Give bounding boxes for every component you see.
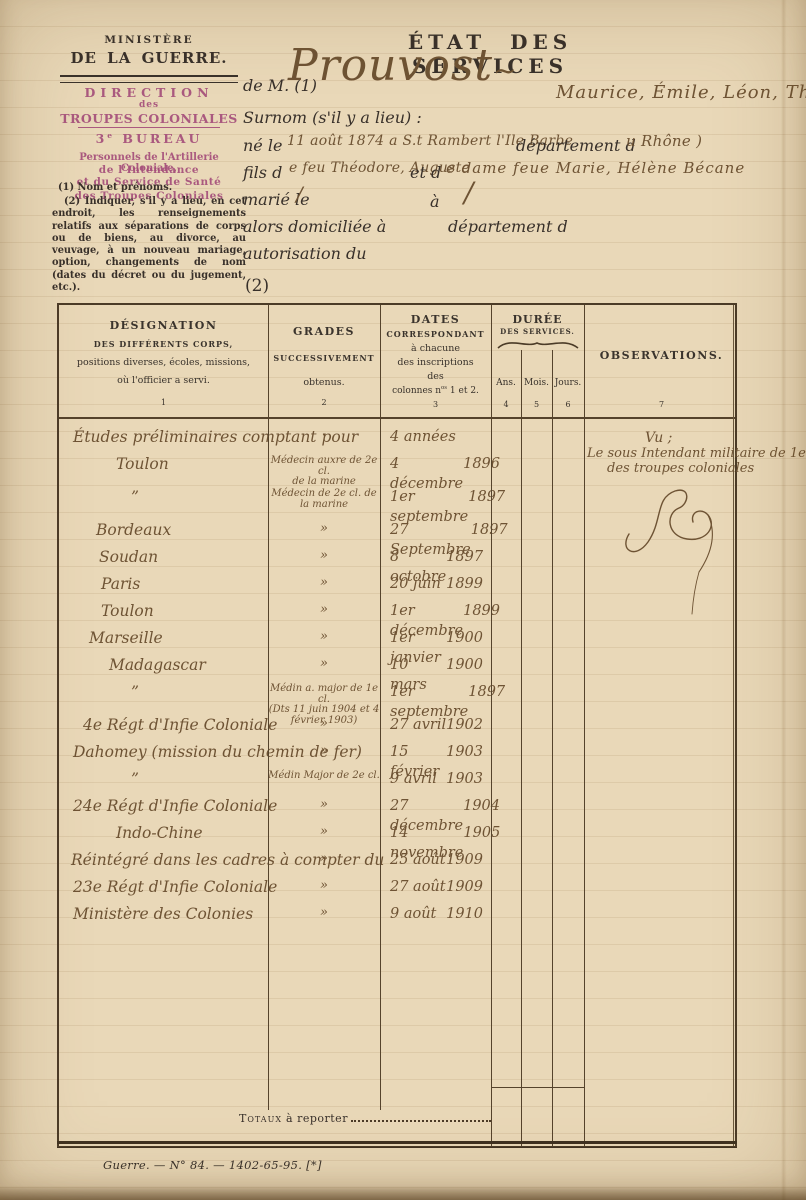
grade-line: » <box>268 906 380 920</box>
date-main: 25 août <box>390 850 446 870</box>
footnote-1: (1) Nom et prénoms. <box>58 182 172 193</box>
designation-cell: Toulon <box>59 601 268 621</box>
col2-title: GRADES <box>268 325 380 338</box>
date-year: 1903 <box>446 769 483 789</box>
table-row: Dahomey (mission du chemin de fer)»15 fé… <box>59 742 735 769</box>
col3-sub5a: colonnes n <box>392 386 441 396</box>
designation-cell: Bordeaux <box>59 520 268 540</box>
designation-cell: Ministère des Colonies <box>59 904 268 924</box>
grade-line: » <box>268 798 380 812</box>
col3-sub4: des <box>380 371 491 382</box>
designation-cell: 23e Régt d'Infie Coloniale <box>59 877 268 897</box>
designation-cell: ” <box>59 487 268 507</box>
stamp-intendance: de l'Intendance <box>50 164 248 176</box>
grade-line: » <box>268 549 380 563</box>
date-main: 20 juin <box>390 574 441 594</box>
grade-line: Médin a. major de 1e cl. <box>268 684 380 705</box>
designation-cell: Madagascar <box>59 655 268 675</box>
designation-cell: ” <box>59 682 268 702</box>
surname-flourish: ~ <box>493 54 517 87</box>
col1-sub1: DES DIFFÉRENTS CORPS, <box>59 339 268 349</box>
grade-line: Médin Major de 2e cl. <box>268 771 380 782</box>
designation-cell: Paris <box>59 574 268 594</box>
father-handwritten: e feu Théodore, Auguste <box>289 160 470 176</box>
double-rule <box>60 75 238 83</box>
col1-number: 1 <box>59 398 268 407</box>
note2-mark: (2) <box>245 276 269 296</box>
grade-line: Médecin de 2e cl. de <box>268 489 380 500</box>
designation-cell: 24e Régt d'Infie Coloniale <box>59 796 268 816</box>
table-row: ”Médin a. major de 1e cl.(Dts 11 juin 19… <box>59 682 735 715</box>
duree-mois-number: 5 <box>521 400 552 409</box>
col3-sub1: CORRESPONDANT <box>380 329 491 339</box>
date-main: 27 avril <box>390 715 446 735</box>
date-year: 1910 <box>446 904 483 924</box>
date-main: 9 août <box>390 904 436 924</box>
col2-number: 2 <box>268 398 380 407</box>
date-cell: 20 juin1899 <box>380 574 491 594</box>
duree-ans-label: Ans. <box>491 378 521 388</box>
totals-label-rest: à reporter <box>282 1112 348 1125</box>
grade-cell: » <box>268 877 380 893</box>
grade-cell: » <box>268 520 380 536</box>
designation-cell: Indo-Chine <box>59 823 268 843</box>
grade-line: la marine <box>268 500 380 511</box>
table-bottom-rule <box>57 1141 737 1148</box>
grade-line: » <box>268 603 380 617</box>
document-page: MINISTÈRE DE LA GUERRE. DIRECTION des TR… <box>0 0 806 1200</box>
surname-script: Prouvost <box>288 40 493 91</box>
duree-mois-label: Mois. <box>521 378 552 388</box>
obs-intendant: Le sous Intendant militaire de 1e cl. <box>587 446 806 461</box>
grade-line: » <box>268 717 380 731</box>
given-names-handwritten: Maurice, Émile, Léon, Théodore <box>556 82 806 103</box>
grade-cell: » <box>268 601 380 617</box>
date-year: 1909 <box>446 850 483 870</box>
table-row: Madagascar»10 mars1900 <box>59 655 735 682</box>
col3-sub3: des inscriptions <box>380 357 491 368</box>
grid-line-col1 <box>268 305 269 1110</box>
table-row: Marseille»1er janvier1900 <box>59 628 735 655</box>
stamp-troupes-coloniales: TROUPES COLONIALES <box>50 111 248 126</box>
table-header: DÉSIGNATION DES DIFFÉRENTS CORPS, positi… <box>59 305 735 417</box>
grade-cell: » <box>268 655 380 671</box>
stamp-des: des <box>50 100 248 110</box>
fils-de-label: fils d <box>243 163 282 182</box>
departement-label-1: département d <box>516 136 636 155</box>
ne-le-label: né le <box>243 136 282 155</box>
duree-jours-number: 6 <box>552 400 584 409</box>
grade-line: » <box>268 825 380 839</box>
designation-cell: Soudan <box>59 547 268 567</box>
date-main: 4 années <box>390 427 456 447</box>
grade-line: de la marine <box>268 477 380 488</box>
table-row: 24e Régt d'Infie Coloniale»27 décembre19… <box>59 796 735 823</box>
designation-cell: Marseille <box>59 628 268 648</box>
col1-sub2: positions diverses, écoles, missions, <box>59 357 268 368</box>
date-cell: 25 août1909 <box>380 850 491 870</box>
table-row: ”Médin Major de 2e cl.9 avril1903 <box>59 769 735 796</box>
letterhead-block: MINISTÈRE DE LA GUERRE. DIRECTION des TR… <box>50 30 248 302</box>
autorisation-label: autorisation du <box>243 244 367 263</box>
grade-cell: Médecin de 2e cl. dela marine <box>268 487 380 510</box>
grade-line: » <box>268 744 380 758</box>
grade-line: · <box>268 429 380 443</box>
col2-sub1: SUCCESSIVEMENT <box>268 353 380 363</box>
bureau-number: 3 <box>96 131 108 146</box>
birth-departement-handwritten: u Rhône ) <box>626 132 702 150</box>
col2-sub2: obtenus. <box>268 377 380 388</box>
grade-cell: » <box>268 850 380 866</box>
col3-number: 3 <box>380 400 491 409</box>
designation-cell: ” <box>59 769 268 789</box>
grade-line: » <box>268 657 380 671</box>
grade-line: » <box>268 630 380 644</box>
obs-troupes: des troupes coloniales <box>607 461 806 476</box>
surname-handwritten: Prouvost~ <box>288 44 518 93</box>
date-cell: 9 août1910 <box>380 904 491 924</box>
grade-cell: » <box>268 715 380 731</box>
grid-line-col3 <box>491 305 492 1146</box>
grade-cell: » <box>268 796 380 812</box>
grade-line: » <box>268 879 380 893</box>
table-row: 23e Régt d'Infie Coloniale»27 août1909 <box>59 877 735 904</box>
bureau-sup: e <box>107 131 115 140</box>
signature-flourish <box>615 476 765 616</box>
grid-line-ans <box>521 350 522 1146</box>
duree-sub: DES SERVICES. <box>491 327 584 336</box>
footnote-2: (2) Indiquer, s'il y a lieu, en cet endr… <box>52 196 246 294</box>
date-year: 1899 <box>446 574 483 594</box>
grid-line-col2 <box>380 305 381 1110</box>
footnote-2-text: Indiquer, s'il y a lieu, en cet endroit,… <box>52 196 246 293</box>
designation-cell: Réintégré dans les cadres à compter du <box>59 850 268 870</box>
grade-cell: » <box>268 574 380 590</box>
col3-sub2: à chacune <box>380 343 491 354</box>
services-table: DÉSIGNATION DES DIFFÉRENTS CORPS, positi… <box>57 303 737 1148</box>
obs-vu: Vu ; <box>645 430 806 446</box>
date-main: 27 août <box>390 877 446 897</box>
col3-sub5b: 1 et 2. <box>447 386 479 396</box>
col7-title: OBSERVATIONS. <box>584 349 739 362</box>
stamp-rule <box>78 127 220 128</box>
grade-line: » <box>268 576 380 590</box>
totals-sum-rule <box>491 1087 584 1088</box>
designation-cell: Études préliminaires comptant pour <box>59 427 268 447</box>
observations-annotation: Vu ; Le sous Intendant militaire de 1e c… <box>587 430 806 620</box>
domicile-label: alors domiciliée à <box>243 217 386 236</box>
date-year: 1902 <box>446 715 483 735</box>
grade-cell: » <box>268 904 380 920</box>
grade-cell: » <box>268 547 380 563</box>
duree-brace <box>491 338 584 349</box>
departement-label-2: département d <box>448 217 568 236</box>
col1-title: DÉSIGNATION <box>59 319 268 332</box>
duree-title: DURÉE <box>491 313 584 326</box>
grid-line-mois <box>552 350 553 1146</box>
imprint: Guerre. — N° 84. — 1402-65-95. [*] <box>103 1158 322 1172</box>
et-de-label: et d <box>410 163 441 182</box>
stamp-direction: DIRECTION <box>50 85 248 100</box>
grade-line: » <box>268 522 380 536</box>
duree-jours-label: Jours. <box>552 378 584 388</box>
grade-cell: » <box>268 823 380 839</box>
stamp-bureau: 3e BUREAU <box>50 131 248 146</box>
mother-handwritten: e dame feue Marie, Hélène Bécane <box>446 159 745 177</box>
table-row: Indo-Chine»14 novembre1905 <box>59 823 735 850</box>
a-slash-handwritten: / <box>464 176 473 209</box>
surnom-label: Surnom (s'il y a lieu) : <box>243 108 422 127</box>
table-row: 4e Régt d'Infie Coloniale»27 avril1902 <box>59 715 735 742</box>
grade-cell: Médin Major de 2e cl. <box>268 769 380 782</box>
a-label: à <box>430 192 440 211</box>
grade-line: » <box>268 852 380 866</box>
grid-line-jours <box>584 305 585 1146</box>
designation-cell: 4e Régt d'Infie Coloniale <box>59 715 268 735</box>
designation-cell: Dahomey (mission du chemin de fer) <box>59 742 268 762</box>
col7-number: 7 <box>584 400 739 409</box>
grade-cell: » <box>268 742 380 758</box>
grade-cell: · <box>268 427 380 443</box>
table-row: Ministère des Colonies»9 août1910 <box>59 904 735 931</box>
ministry-small: MINISTÈRE <box>50 34 248 46</box>
col3-title: DATES <box>380 313 491 326</box>
marie-slash-handwritten: / <box>296 182 303 206</box>
date-cell: 4 années <box>380 427 491 447</box>
designation-cell: Toulon <box>59 454 268 474</box>
date-year: 1909 <box>446 877 483 897</box>
duree-ans-number: 4 <box>491 400 521 409</box>
col1-sub3: où l'officier a servi. <box>59 375 268 386</box>
date-cell: 9 avril1903 <box>380 769 491 789</box>
ministry-title: DE LA GUERRE. <box>50 49 248 67</box>
date-cell: 27 août1909 <box>380 877 491 897</box>
totals-label: Totaux à reporter <box>239 1112 348 1125</box>
grade-line: Médecin auxre de 2e cl. <box>268 456 380 477</box>
bureau-word: BUREAU <box>122 131 202 146</box>
grade-cell: » <box>268 628 380 644</box>
col3-sub5: colonnes nos 1 et 2. <box>380 385 491 396</box>
totals-dotted-leader <box>351 1111 491 1122</box>
grade-cell: Médecin auxre de 2e cl.de la marine <box>268 454 380 488</box>
table-row: Réintégré dans les cadres à compter du»2… <box>59 850 735 877</box>
totals-label-sc: Totaux <box>239 1112 282 1125</box>
date-cell: 27 avril1902 <box>380 715 491 735</box>
footnote-2-mark: (2) <box>64 196 80 207</box>
totals-row: Totaux à reporter <box>239 1111 491 1125</box>
header-rule <box>59 417 735 419</box>
date-main: 9 avril <box>390 769 437 789</box>
